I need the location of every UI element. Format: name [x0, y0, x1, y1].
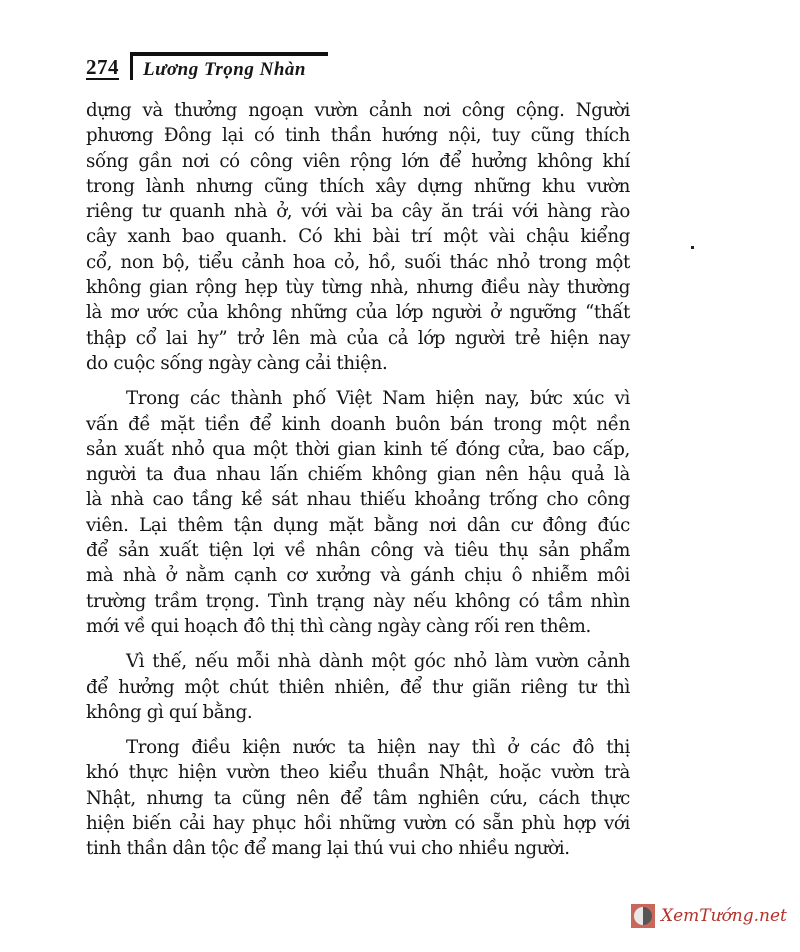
text-line: để hưởng một chút thiên nhiên, để thư gi…	[86, 675, 630, 700]
text-line: Trong các thành phố Việt Nam hiện nay, b…	[86, 386, 630, 411]
text-line: sống gần nơi có công viên rộng lớn để hư…	[86, 149, 630, 174]
text-line: vấn đề mặt tiền để kinh doanh buôn bán t…	[86, 412, 630, 437]
header-rule-horizontal	[130, 52, 328, 56]
watermark-text: XemTướng.net	[661, 906, 787, 926]
text-line: khó thực hiện vườn theo kiểu thuần Nhật,…	[86, 760, 630, 785]
running-head-author: Lương Trọng Nhàn	[143, 59, 306, 81]
text-line: người ta đua nhau lấn chiếm không gian n…	[86, 462, 630, 487]
text-line: cây xanh bao quanh. Có khi bài trí một v…	[86, 224, 630, 249]
text-line: trong lành nhưng cũng thích xây dựng nhữ…	[86, 174, 630, 199]
text-line: trường trầm trọng. Tình trạng này nếu kh…	[86, 589, 630, 614]
text-line: Trong điều kiện nước ta hiện nay thì ở c…	[86, 735, 630, 760]
page-number: 274	[86, 56, 119, 80]
text-line: hiện biến cải hay phục hồi những vườn có…	[86, 811, 630, 836]
text-line: mới về qui hoạch đô thị thì càng ngày cà…	[86, 614, 630, 639]
text-line: Vì thế, nếu mỗi nhà dành một góc nhỏ làm…	[86, 649, 630, 674]
paragraph: Trong điều kiện nước ta hiện nay thì ở c…	[86, 735, 630, 861]
text-line: sản xuất nhỏ qua một thời gian kinh tế đ…	[86, 437, 630, 462]
body-text: dựng và thưởng ngoạn vườn cảnh nơi công …	[86, 98, 630, 872]
text-line: để sản xuất tiện lợi về nhân công và tiê…	[86, 538, 630, 563]
text-line: cổ, non bộ, tiểu cảnh hoa cỏ, hồ, suối t…	[86, 250, 630, 275]
text-line: tinh thần dân tộc để mang lại thú vui ch…	[86, 836, 630, 861]
page-header: 274 Lương Trọng Nhàn	[0, 0, 800, 100]
scan-speck	[691, 246, 694, 249]
paragraph: dựng và thưởng ngoạn vườn cảnh nơi công …	[86, 98, 630, 376]
text-line: là mơ ước của không những của lớp người …	[86, 300, 630, 325]
text-line: viên. Lại thêm tận dụng mặt bằng nơi dân…	[86, 513, 630, 538]
text-line: là nhà cao tầng kề sát nhau thiếu khoảng…	[86, 487, 630, 512]
text-line: không gì quí bằng.	[86, 700, 630, 725]
text-line: Nhật, nhưng ta cũng nên để tâm nghiên cứ…	[86, 786, 630, 811]
text-line: dựng và thưởng ngoạn vườn cảnh nơi công …	[86, 98, 630, 123]
text-line: riêng tư quanh nhà ở, với vài ba cây ăn …	[86, 199, 630, 224]
text-line: không gian rộng hẹp tùy từng nhà, nhưng …	[86, 275, 630, 300]
paragraph: Trong các thành phố Việt Nam hiện nay, b…	[86, 386, 630, 639]
text-line: do cuộc sống ngày càng cải thiện.	[86, 351, 630, 376]
text-line: mà nhà ở nằm cạnh cơ xưởng và gánh chịu …	[86, 563, 630, 588]
watermark: XemTướng.net	[631, 901, 787, 931]
yin-yang-icon	[631, 904, 655, 928]
text-line: phương Đông lại có tinh thần hướng nội, …	[86, 123, 630, 148]
text-line: thập cổ lai hy” trở lên mà của cả lớp ng…	[86, 326, 630, 351]
header-rule-vertical	[130, 53, 133, 80]
paragraph: Vì thế, nếu mỗi nhà dành một góc nhỏ làm…	[86, 649, 630, 725]
